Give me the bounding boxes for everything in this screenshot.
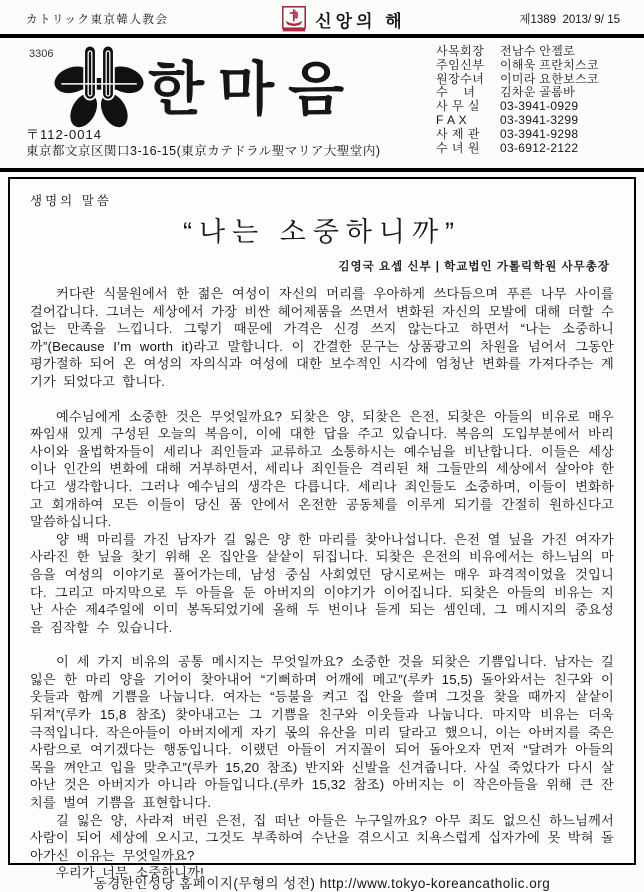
section-label: 생명의 말씀 [30, 191, 614, 209]
contact-row: 사목회장 전남수 안젤로 [436, 45, 636, 59]
serial-number: 3306 [29, 48, 53, 60]
newsletter-page: { "header": { "org_name_ja": "カトリック東京韓人教… [0, 0, 644, 892]
contact-value: 김차운 골롬바 [500, 86, 636, 100]
contact-value: 전남수 안젤로 [500, 45, 636, 59]
contact-row: 사 제 관 03-3941-9298 [436, 128, 636, 142]
contact-list: 사목회장 전남수 안젤로 주임신부 이해욱 프란치스코 원장수녀 이미라 요한보… [436, 45, 636, 155]
article-box: 생명의 말씀 “나는 소중하니까” 김영국 요셉 신부 | 학교법인 가톨릭학원… [8, 177, 636, 865]
contact-value: 03-6912-2122 [500, 142, 636, 156]
paragraph: 예수님에게 소중한 것은 무엇일까요? 되찾은 양, 되찾은 은전, 되찾은 아… [30, 408, 614, 531]
campaign-title: 신앙의 해 [315, 7, 405, 32]
church-address: 東京都文京区関口3-16-15(東京カテドラル聖マリア大聖堂内) [26, 141, 381, 159]
year-of-faith-logo-icon [282, 6, 306, 32]
masthead-divider [0, 168, 644, 172]
contact-label: 사목회장 [436, 45, 500, 59]
paragraph: 커다란 식물원에서 한 젊은 여성이 자신의 머리를 우아하게 쓰다듬으며 푸른… [30, 285, 614, 391]
contact-label: 사 제 관 [436, 128, 500, 142]
paragraph: 이 세 가지 비유의 공통 메시지는 무엇일까요? 소중한 것을 되찾은 기쁨입… [30, 653, 614, 811]
top-header: カトリック東京韓人教会 신앙의 해 제1389 2013/ 9/ 15 [0, 0, 644, 34]
contact-row: 주임신부 이해욱 프란치스코 [436, 59, 636, 73]
paragraph: 양 백 마리를 가진 남자가 길 잃은 양 한 마리를 찾아나섭니다. 은전 열… [30, 531, 614, 637]
campaign-block: 신앙의 해 [169, 6, 520, 32]
contact-label: 사 무 실 [436, 100, 500, 114]
paragraph: 길 잃은 양, 사라져 버린 은전, 집 떠난 아들은 누구일까요? 아무 죄도… [30, 812, 614, 865]
contact-value: 03-3941-0929 [500, 100, 636, 114]
contact-label: 주임신부 [436, 59, 500, 73]
contact-label: F A X [436, 114, 500, 128]
org-name: カトリック東京韓人教会 [26, 11, 169, 27]
contact-row: F A X 03-3941-3299 [436, 114, 636, 128]
article-byline: 김영국 요셉 신부 | 학교법인 가톨릭학원 사무총장 [30, 258, 614, 274]
contact-value: 03-3941-3299 [500, 114, 636, 128]
article-title: “나는 소중하니까” [30, 210, 614, 249]
issue-number-date: 제1389 2013/ 9/ 15 [519, 11, 620, 27]
contact-row: 수 녀 원 03-6912-2122 [436, 142, 636, 156]
contact-value: 이해욱 프란치스코 [500, 59, 636, 73]
newsletter-title: 한마음 [148, 42, 358, 126]
contact-row: 사 무 실 03-3941-0929 [436, 100, 636, 114]
paragraph: 우리가 너무 소중하니까! [30, 864, 614, 882]
masthead: 3306 한마음 사목회장 전남수 안젤로 주임신부 [0, 38, 644, 168]
contact-label: 수 녀 원 [436, 142, 500, 156]
contact-value: 03-3941-9298 [500, 128, 636, 142]
article-body: 커다란 식물원에서 한 젊은 여성이 자신의 머리를 우아하게 쓰다듬으며 푸른… [30, 285, 614, 882]
